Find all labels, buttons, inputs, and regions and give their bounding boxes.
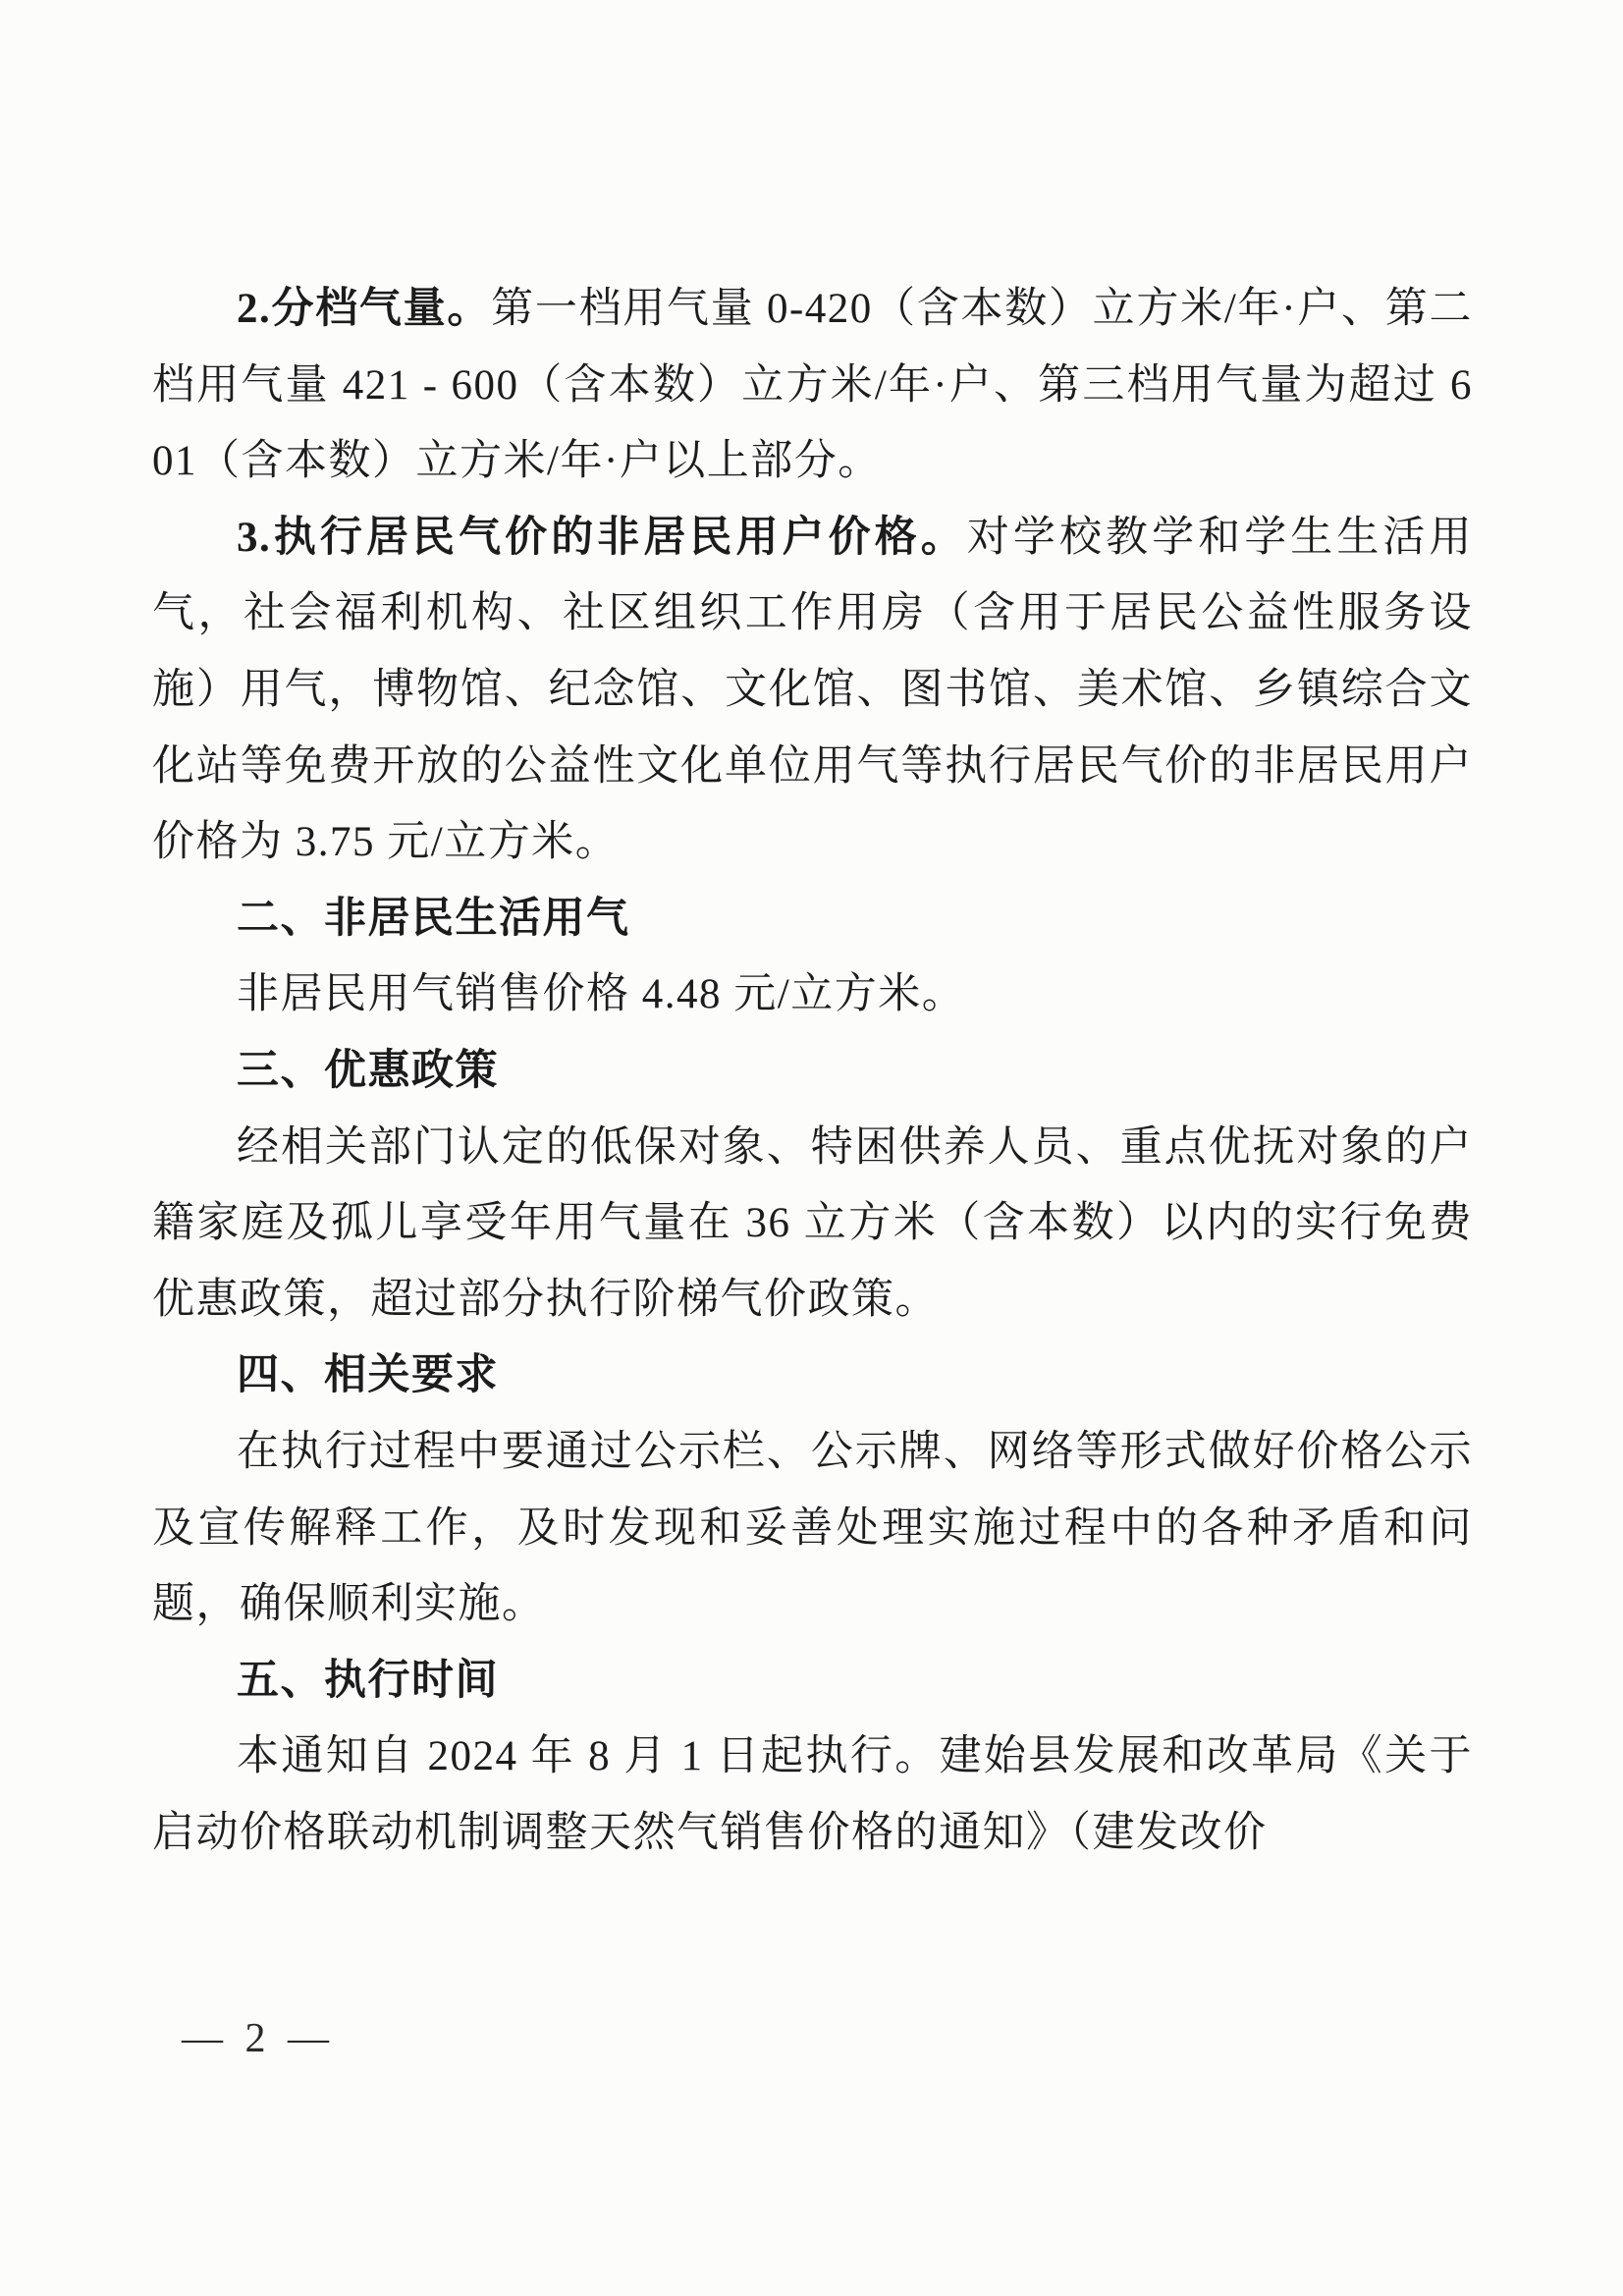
paragraph-related-requirements: 在执行过程中要通过公示栏、公示牌、网络等形式做好价格公示及宣传解释工作，及时发现…	[152, 1414, 1473, 1643]
section-heading-4-related-requirements: 四、相关要求	[152, 1338, 1473, 1414]
paragraph-text: 经相关部门认定的低保对象、特困供养人员、重点优抚对象的户籍家庭及孤儿享受年用气量…	[152, 1124, 1473, 1323]
paragraph-preferential-policy: 经相关部门认定的低保对象、特困供养人员、重点优抚对象的户籍家庭及孤儿享受年用气量…	[152, 1110, 1473, 1339]
paragraph-tiered-gas-volume: 2.分档气量。第一档用气量 0-420（含本数）立方米/年·户、第二档用气量 4…	[152, 271, 1473, 500]
paragraph-effective-date: 本通知自 2024 年 8 月 1 日起执行。建始县发展和改革局《关于启动价格联…	[152, 1719, 1473, 1871]
paragraph-text: 本通知自 2024 年 8 月 1 日起执行。建始县发展和改革局《关于启动价格联…	[152, 1733, 1473, 1856]
page-number: — 2 —	[182, 2015, 335, 2062]
paragraph-text: 在执行过程中要通过公示栏、公示牌、网络等形式做好价格公示及宣传解释工作，及时发现…	[152, 1429, 1473, 1627]
section-heading-2-nonresident-gas: 二、非居民生活用气	[152, 881, 1473, 957]
paragraph-lead-bold: 2.分档气量。	[237, 286, 491, 332]
paragraph-text: 对学校教学和学生生活用气，社会福利机构、社区组织工作用房（含用于居民公益性服务设…	[152, 515, 1473, 865]
document-body: 2.分档气量。第一档用气量 0-420（含本数）立方米/年·户、第二档用气量 4…	[152, 271, 1473, 1871]
document-page: 2.分档气量。第一档用气量 0-420（含本数）立方米/年·户、第二档用气量 4…	[0, 0, 1623, 2296]
paragraph-nonresident-price: 非居民用气销售价格 4.48 元/立方米。	[152, 957, 1473, 1033]
section-heading-3-preferential-policy: 三、优惠政策	[152, 1033, 1473, 1110]
paragraph-text: 非居民用气销售价格 4.48 元/立方米。	[237, 971, 965, 1017]
section-heading-5-effective-date: 五、执行时间	[152, 1643, 1473, 1720]
paragraph-nonresident-at-resident-price: 3.执行居民气价的非居民用户价格。对学校教学和学生生活用气，社会福利机构、社区组…	[152, 500, 1473, 881]
paragraph-lead-bold: 3.执行居民气价的非居民用户价格。	[237, 515, 967, 561]
